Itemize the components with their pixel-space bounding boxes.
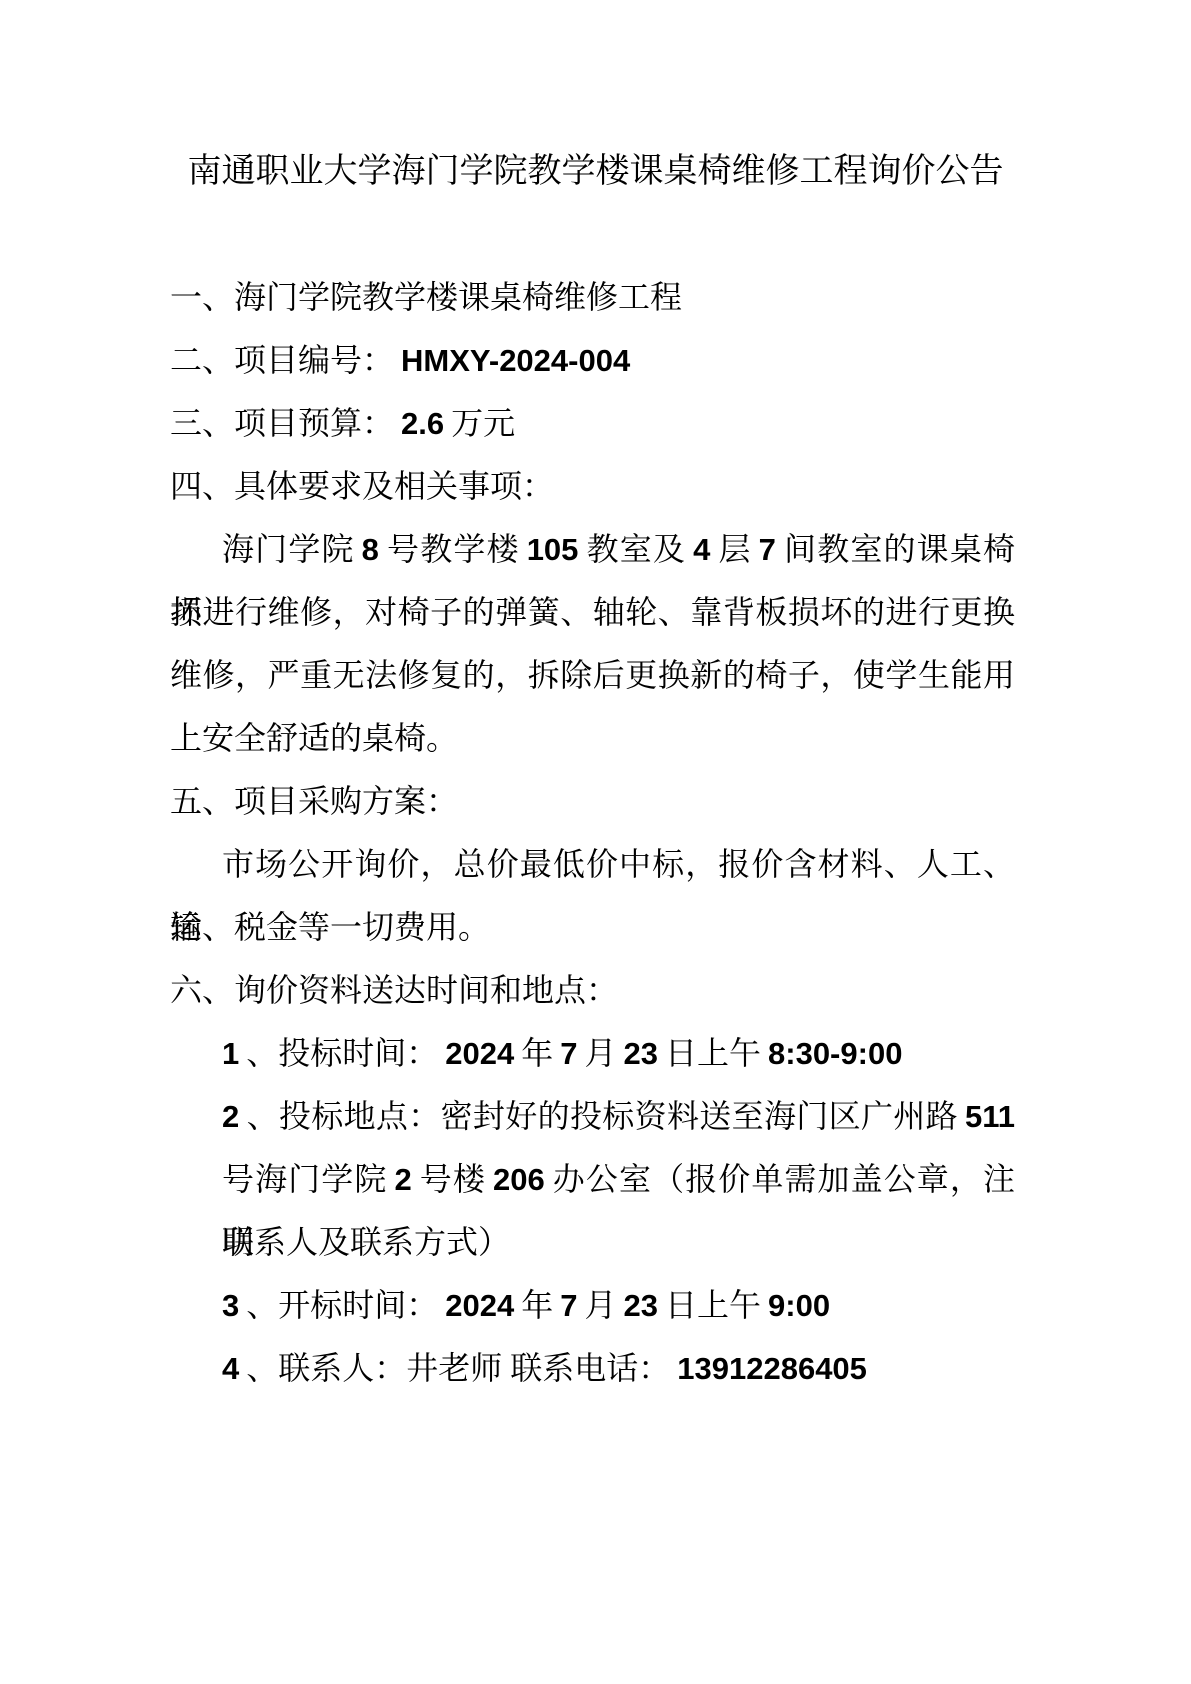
latin-run: 3 xyxy=(222,1288,239,1323)
doc-line: 三、项目预算：2.6万元 xyxy=(170,392,1015,455)
doc-line: 3、开标时间：2024年7月23日上午9:00 xyxy=(222,1274,1015,1337)
doc-line: 一、海门学院教学楼课桌椅维修工程 xyxy=(170,266,1015,329)
text-run: 二、项目编号： xyxy=(170,342,394,378)
latin-run: 4 xyxy=(693,532,710,567)
text-run: 上安全舒适的桌椅。 xyxy=(170,720,458,756)
text-run: 日上午 xyxy=(665,1287,761,1323)
text-run: 万元 xyxy=(451,405,515,441)
latin-run: 511 xyxy=(965,1099,1015,1134)
doc-line: 六、询价资料送达时间和地点： xyxy=(170,959,1015,1022)
text-run: 海门学院 xyxy=(222,531,355,567)
latin-run: 8:30-9:00 xyxy=(768,1036,902,1071)
text-run: 号海门学院 xyxy=(222,1161,387,1197)
document-page: 南通职业大学海门学院教学楼课桌椅维修工程询价公告 一、海门学院教学楼课桌椅维修工… xyxy=(0,0,1191,1684)
doc-line: 海门学院8号教学楼105教室及4层7间教室的课桌椅损 xyxy=(170,518,1015,581)
latin-run: 7 xyxy=(560,1036,577,1071)
text-run: 号楼 xyxy=(419,1161,486,1197)
doc-line: 市场公开询价，总价最低价中标，报价含材料、人工、运 xyxy=(170,833,1015,896)
doc-line: 维修，严重无法修复的，拆除后更换新的椅子，使学生能用 xyxy=(170,644,1015,707)
text-run: 三、项目预算： xyxy=(170,405,394,441)
latin-run: 23 xyxy=(624,1288,658,1323)
text-run: 月 xyxy=(585,1035,617,1071)
doc-line: 上安全舒适的桌椅。 xyxy=(170,707,1015,770)
latin-run: 7 xyxy=(759,532,776,567)
doc-line: 坏进行维修，对椅子的弹簧、轴轮、靠背板损坏的进行更换 xyxy=(170,581,1015,644)
text-run: 、投标时间： xyxy=(246,1035,438,1071)
doc-line: 输、税金等一切费用。 xyxy=(170,896,1015,959)
latin-run: 13912286405 xyxy=(677,1351,867,1386)
latin-run: 8 xyxy=(362,532,379,567)
text-run: 输、税金等一切费用。 xyxy=(170,909,490,945)
latin-run: 9:00 xyxy=(768,1288,830,1323)
text-run: 层 xyxy=(717,531,751,567)
text-run: 号教学楼 xyxy=(386,531,520,567)
text-run: 教室及 xyxy=(585,531,686,567)
text-run: 联系人及联系方式） xyxy=(222,1224,510,1260)
doc-title: 南通职业大学海门学院教学楼课桌椅维修工程询价公告 xyxy=(0,140,1191,203)
latin-run: 2 xyxy=(222,1099,239,1134)
latin-run: 105 xyxy=(527,532,579,567)
latin-run: 2024 xyxy=(445,1288,514,1323)
latin-run: 2 xyxy=(394,1162,411,1197)
doc-line: 1、投标时间：2024年7月23日上午8:30-9:00 xyxy=(222,1022,1015,1085)
text-run: 年 xyxy=(521,1035,553,1071)
text-run: 月 xyxy=(585,1287,617,1323)
text-run: 、投标地点：密封好的投标资料送至海门区广州路 xyxy=(246,1098,958,1134)
latin-run: 206 xyxy=(493,1162,545,1197)
doc-line: 联系人及联系方式） xyxy=(222,1211,1015,1274)
text-run: 六、询价资料送达时间和地点： xyxy=(170,972,618,1008)
doc-line: 4、联系人：井老师 联系电话：13912286405 xyxy=(222,1337,1015,1400)
text-run: 年 xyxy=(521,1287,553,1323)
doc-line: 号海门学院2号楼206办公室（报价单需加盖公章，注明 xyxy=(222,1148,1015,1211)
latin-run: HMXY-2024-004 xyxy=(401,343,630,378)
latin-run: 7 xyxy=(560,1288,577,1323)
latin-run: 23 xyxy=(624,1036,658,1071)
doc-line: 2、投标地点：密封好的投标资料送至海门区广州路511 xyxy=(222,1085,1015,1148)
latin-run: 2024 xyxy=(445,1036,514,1071)
doc-line: 四、具体要求及相关事项： xyxy=(170,455,1015,518)
latin-run: 1 xyxy=(222,1036,239,1071)
text-run: 、开标时间： xyxy=(246,1287,438,1323)
text-run: 维修，严重无法修复的，拆除后更换新的椅子，使学生能用 xyxy=(170,657,1015,693)
latin-run: 4 xyxy=(222,1351,239,1386)
text-run: 、联系人：井老师 联系电话： xyxy=(246,1350,670,1386)
doc-line: 二、项目编号：HMXY-2024-004 xyxy=(170,329,1015,392)
latin-run: 2.6 xyxy=(401,406,444,441)
text-run: 日上午 xyxy=(665,1035,761,1071)
text-run: 一、海门学院教学楼课桌椅维修工程 xyxy=(170,279,682,315)
document-body: 一、海门学院教学楼课桌椅维修工程二、项目编号：HMXY-2024-004三、项目… xyxy=(170,266,1015,1400)
doc-line: 五、项目采购方案： xyxy=(170,770,1015,833)
text-run: 四、具体要求及相关事项： xyxy=(170,468,554,504)
text-run: 坏进行维修，对椅子的弹簧、轴轮、靠背板损坏的进行更换 xyxy=(170,594,1015,630)
text-run: 五、项目采购方案： xyxy=(170,783,458,819)
